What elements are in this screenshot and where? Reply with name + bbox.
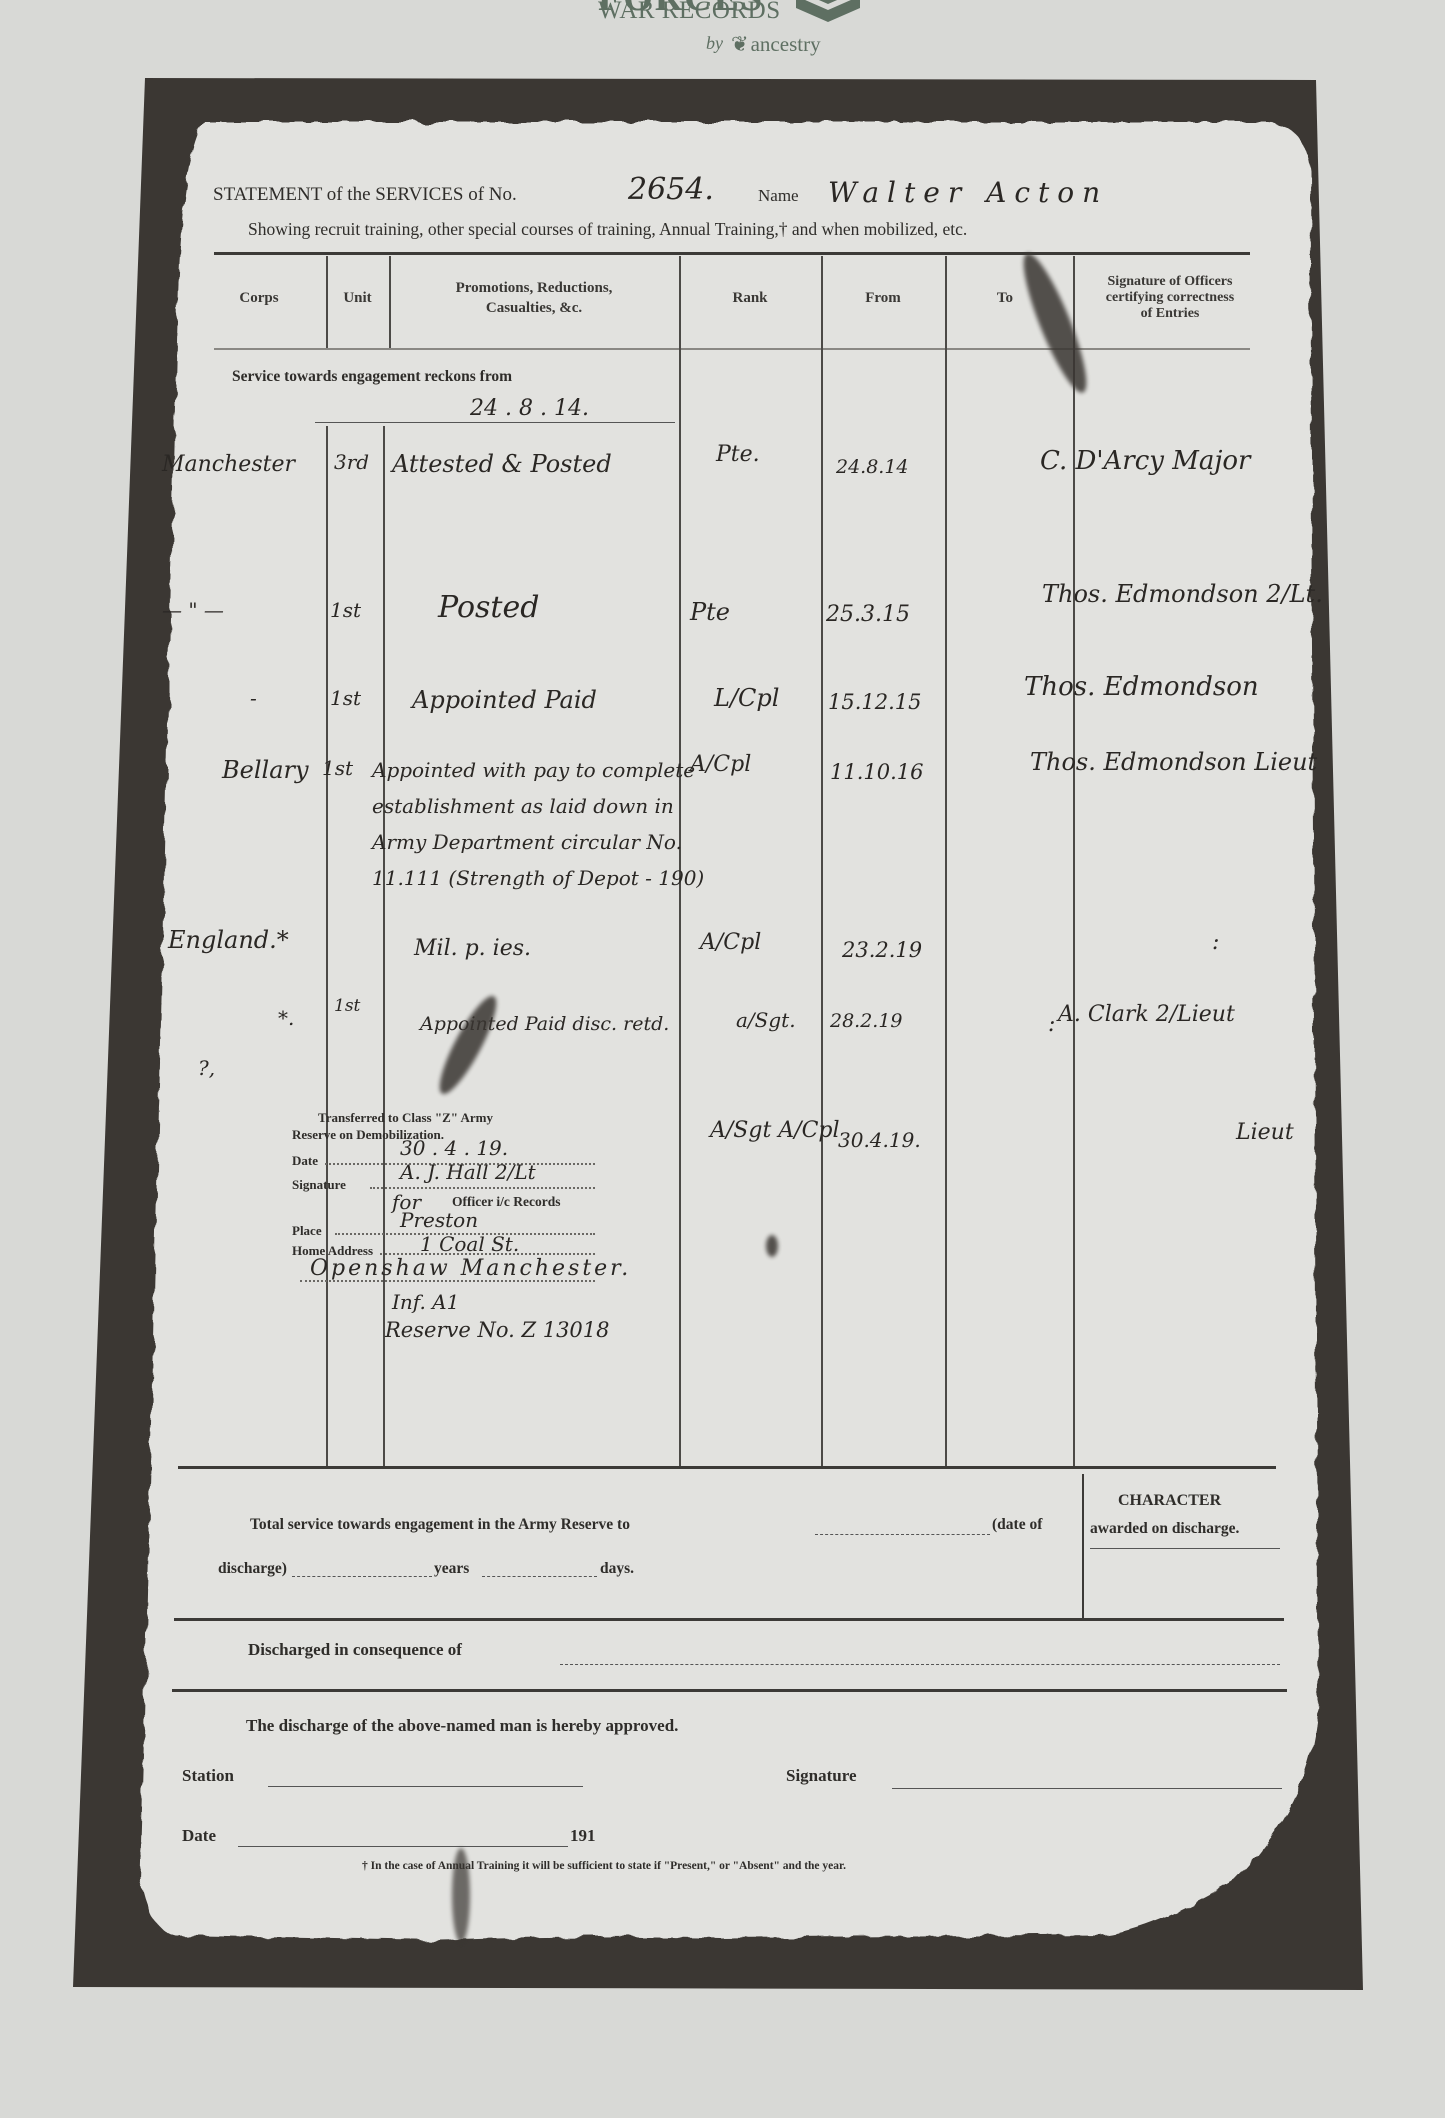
stamp-address-line-2 xyxy=(300,1280,595,1282)
row2-corps: — " — xyxy=(162,598,224,622)
stamp-date-label: Date xyxy=(292,1153,318,1169)
row3-rank: L/Cpl xyxy=(714,684,779,712)
reserve-discharge-label: discharge) xyxy=(218,1560,287,1578)
date-year-prefix: 191 xyxy=(570,1826,596,1846)
row4-corps: Bellary xyxy=(222,756,309,784)
col-header-promotions: Promotions, Reductions, Casualties, &c. xyxy=(389,278,679,318)
stamp-address-line2: Openshaw Manchester. xyxy=(310,1256,631,1281)
footnote: † In the case of Annual Training it will… xyxy=(362,1860,846,1872)
col-header-rank: Rank xyxy=(679,288,821,308)
signature-label: Signature xyxy=(786,1766,857,1786)
row6-mark: ?, xyxy=(198,1056,215,1080)
col-divider xyxy=(821,256,823,1466)
stamp-signature-line xyxy=(370,1187,595,1189)
col-divider xyxy=(389,256,391,348)
character-subtitle: awarded on discharge. xyxy=(1090,1520,1239,1538)
row6-from: 28.2.19 xyxy=(830,1010,903,1032)
engagement-underline xyxy=(315,422,675,423)
row3-from: 15.12.15 xyxy=(828,690,922,714)
row3-signature: Thos. Edmondson xyxy=(1024,672,1259,702)
ink-stain xyxy=(452,1848,470,1943)
col-divider xyxy=(326,426,328,1466)
reserve-years-field xyxy=(292,1576,432,1577)
character-title: CHARACTER xyxy=(1118,1492,1221,1510)
row1-unit: 3rd xyxy=(334,450,369,474)
row1-from: 24.8.14 xyxy=(836,456,909,478)
stamp-address-line1: 1 Coal St. xyxy=(420,1232,519,1256)
row5-rank: A/Cpl xyxy=(700,930,761,955)
row1-rank: Pte. xyxy=(716,442,760,467)
title-rule xyxy=(214,252,1250,255)
approval-text: The discharge of the above-named man is … xyxy=(246,1716,678,1736)
row7-from: 30.4.19. xyxy=(838,1128,921,1152)
col-header-to: To xyxy=(985,288,1025,308)
date-field xyxy=(238,1846,568,1847)
col-divider xyxy=(326,256,328,348)
row4-signature: Thos. Edmondson Lieut xyxy=(1030,748,1317,776)
row4-from: 11.10.16 xyxy=(830,760,924,784)
ink-stain xyxy=(766,1235,778,1257)
row2-promotion: Posted xyxy=(438,590,539,625)
table-bottom-rule xyxy=(178,1466,1276,1469)
row3-unit: 1st xyxy=(330,686,361,710)
discharged-label: Discharged in consequence of xyxy=(248,1640,462,1660)
row5-promotion: Mil. p. ies. xyxy=(414,936,531,961)
row6-dots: : xyxy=(1048,1012,1055,1037)
stamp-line1: Transferred to Class "Z" Army xyxy=(318,1110,493,1126)
signature-field xyxy=(892,1788,1282,1789)
engagement-date: 24 . 8 . 14. xyxy=(470,396,589,421)
engagement-label: Service towards engagement reckons from xyxy=(232,368,512,386)
row2-rank: Pte xyxy=(690,598,730,626)
character-divider xyxy=(1082,1474,1084,1618)
statement-subtitle: Showing recruit training, other special … xyxy=(248,219,967,240)
name-value: Walter Acton xyxy=(828,176,1108,209)
stamp-signature-label: Signature xyxy=(292,1177,346,1193)
statement-title: STATEMENT of the SERVICES of No. xyxy=(213,184,517,206)
row1-corps: Manchester xyxy=(162,452,295,477)
row5-corps: England.* xyxy=(168,926,289,954)
reserve-date-field xyxy=(815,1534,990,1535)
discharged-reason-field xyxy=(560,1664,1280,1665)
date-label: Date xyxy=(182,1826,216,1846)
row6-corps: *. xyxy=(278,1006,294,1030)
reserve-total-text: Total service towards engagement in the … xyxy=(250,1516,630,1534)
row7-signature: Lieut xyxy=(1236,1120,1294,1145)
reserve-bottom-rule xyxy=(174,1618,1284,1621)
name-label: Name xyxy=(758,186,799,206)
row5-from: 23.2.19 xyxy=(842,938,922,962)
col-header-unit: Unit xyxy=(326,288,389,308)
col-header-signature: Signature of Officers certifying correct… xyxy=(1070,274,1270,322)
stamp-signature-value: A. J. Hall 2/Lt xyxy=(400,1160,536,1184)
stamp-extra-line2: Reserve No. Z 13018 xyxy=(385,1318,610,1342)
stamp-extra-line1: Inf. A1 xyxy=(392,1290,459,1314)
col-divider xyxy=(1073,256,1075,1466)
row5-dot: : xyxy=(1212,930,1219,955)
row2-signature: Thos. Edmondson 2/Lt. xyxy=(1042,580,1323,608)
stamp-place-value: Preston xyxy=(400,1208,478,1232)
row7-rank: A/Sgt A/Cpl xyxy=(710,1118,840,1143)
reserve-years-label: years xyxy=(434,1560,469,1578)
stamp-date-value: 30 . 4 . 19. xyxy=(400,1136,508,1160)
col-header-from: From xyxy=(821,288,945,308)
row4-rank: A/Cpl xyxy=(690,752,751,777)
reserve-date-of: (date of xyxy=(992,1516,1042,1534)
header-rule xyxy=(214,348,1250,350)
row6-unit: 1st xyxy=(334,996,360,1016)
reserve-days-label: days. xyxy=(600,1560,634,1578)
stamp-place-label: Place xyxy=(292,1223,322,1239)
row3-corps: - xyxy=(250,686,257,710)
col-header-corps: Corps xyxy=(192,288,326,308)
row4-promotion: Appointed with pay to complete establish… xyxy=(372,752,712,896)
row2-unit: 1st xyxy=(330,598,361,622)
row3-promotion: Appointed Paid xyxy=(412,686,597,714)
station-label: Station xyxy=(182,1766,234,1786)
service-number: 2654. xyxy=(628,172,714,207)
row6-rank: a/Sgt. xyxy=(736,1008,796,1032)
row2-from: 25.3.15 xyxy=(826,602,910,627)
col-divider xyxy=(383,426,385,1466)
row1-promotion: Attested & Posted xyxy=(392,450,612,478)
reserve-days-field xyxy=(482,1576,597,1577)
col-divider xyxy=(945,256,947,1466)
character-field xyxy=(1090,1548,1280,1549)
discharged-bottom-rule xyxy=(172,1689,1287,1692)
title-prefix: STATEMENT of the SERVICES of No. xyxy=(213,184,517,205)
row1-signature: C. D'Arcy Major xyxy=(1040,446,1250,476)
row6-signature: A. Clark 2/Lieut xyxy=(1058,1002,1235,1027)
row4-unit: 1st xyxy=(322,756,353,780)
station-field xyxy=(268,1786,583,1787)
